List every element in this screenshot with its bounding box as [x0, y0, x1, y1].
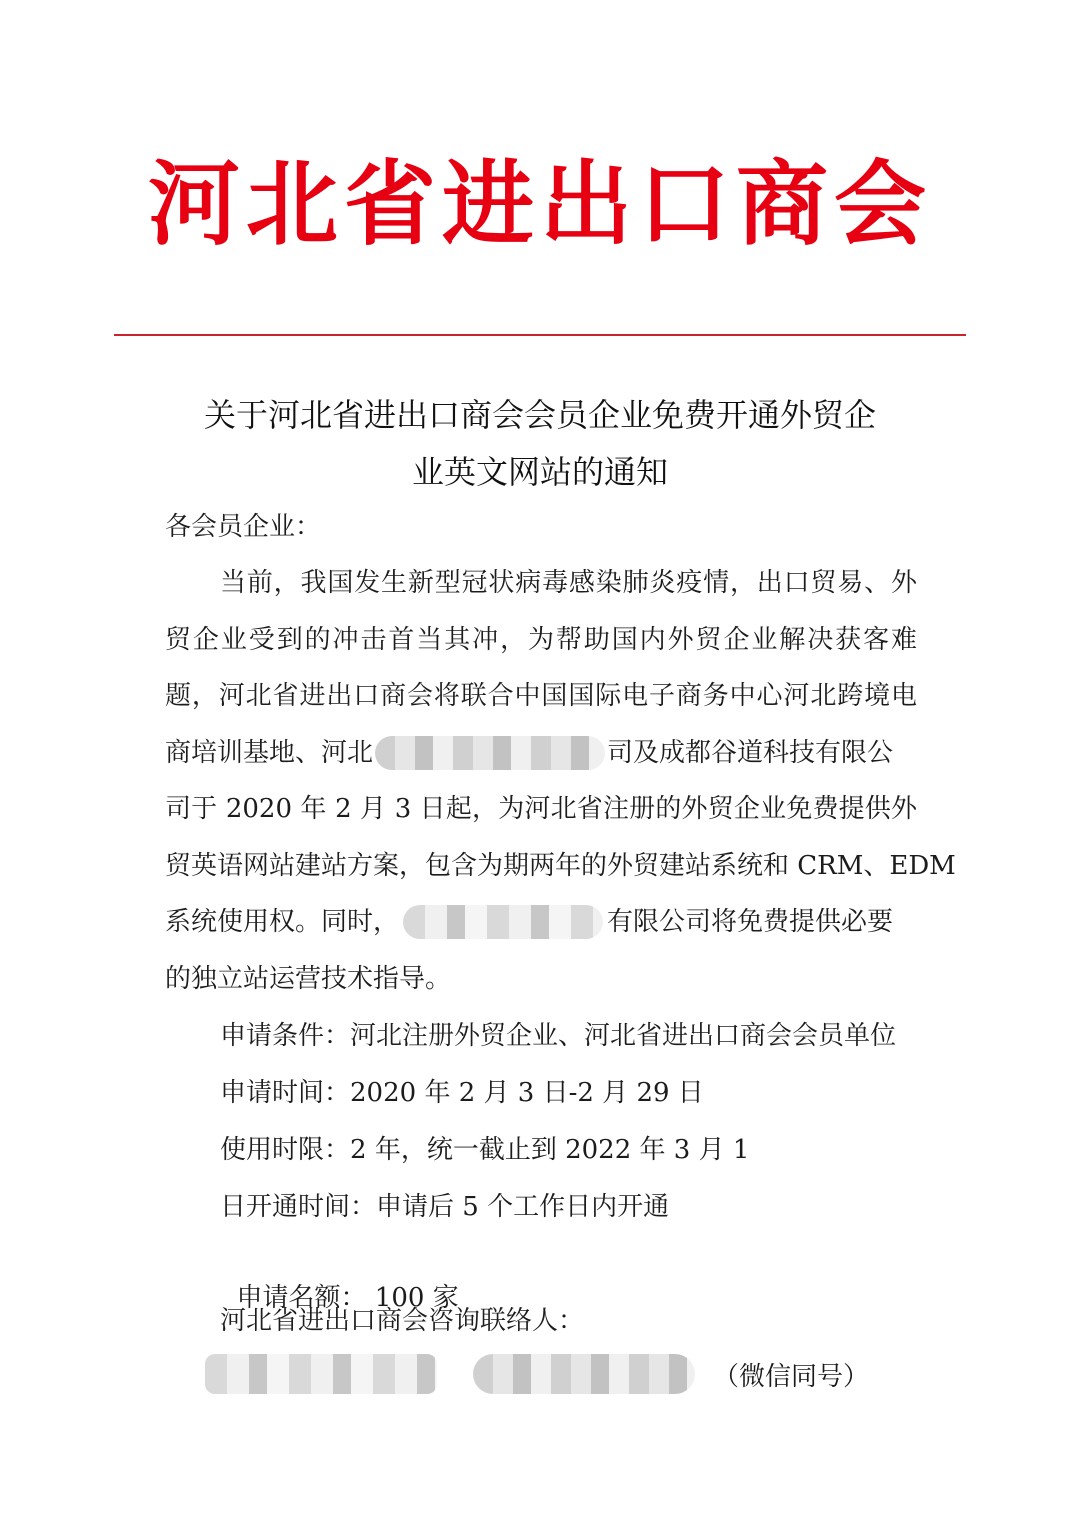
body-line: 贸企业受到的冲击首当其冲，为帮助国内外贸企业解决获客难 — [165, 623, 917, 657]
redacted-contact-name — [205, 1354, 437, 1394]
contact-row: （微信同号） — [205, 1352, 869, 1396]
body-text: 商培训基地、河北 — [165, 736, 373, 770]
masthead-divider — [114, 334, 966, 336]
redacted-company-name — [375, 736, 605, 770]
detail-value: 申请后 5 个工作日内开通 — [376, 1192, 669, 1222]
notice-title-line-1: 关于河北省进出口商会会员企业免费开通外贸企 — [150, 395, 930, 435]
detail-value: 2 年，统一截止到 2022 年 3 月 1 — [350, 1135, 749, 1165]
redacted-phone-number — [473, 1354, 695, 1394]
redacted-company-name — [403, 905, 603, 939]
body-line: 司于 2020 年 2 月 3 日起，为河北省注册的外贸企业免费提供外 — [165, 792, 917, 826]
body-line: 题，河北省进出口商会将联合中国国际电子商务中心河北跨境电 — [165, 679, 917, 713]
body-text: 系统使用权。同时， — [165, 905, 399, 939]
body-line: 的独立站运营技术指导。 — [165, 962, 917, 996]
detail-application-period: 申请时间：2020 年 2 月 3 日-2 月 29 日 — [220, 1076, 917, 1110]
detail-label: 日开通时间： — [220, 1192, 376, 1222]
body-line: 贸英语网站建站方案，包含为期两年的外贸建站系统和 CRM、EDM — [165, 849, 917, 883]
detail-value: 2020 年 2 月 3 日-2 月 29 日 — [350, 1078, 704, 1108]
detail-label: 申请条件： — [220, 1021, 350, 1051]
body-text: 有限公司将免费提供必要 — [607, 905, 893, 939]
body-line: 商培训基地、河北 司及成都谷道科技有限公 — [165, 736, 917, 770]
detail-label: 申请时间： — [220, 1078, 350, 1108]
notice-title-line-2: 业英文网站的通知 — [150, 452, 930, 492]
salutation: 各会员企业： — [165, 510, 917, 544]
detail-label: 使用时限： — [220, 1135, 350, 1165]
wechat-note: （微信同号） — [713, 1356, 869, 1393]
body-line: 当前，我国发生新型冠状病毒感染肺炎疫情，出口贸易、外 — [220, 566, 917, 600]
detail-value: 河北注册外贸企业、河北省进出口商会会员单位 — [350, 1021, 896, 1051]
detail-application-conditions: 申请条件：河北注册外贸企业、河北省进出口商会会员单位 — [220, 1019, 917, 1053]
body-text: 司及成都谷道科技有限公 — [607, 736, 893, 770]
contact-heading: 河北省进出口商会咨询联络人： — [220, 1304, 917, 1338]
detail-activation-time: 日开通时间：申请后 5 个工作日内开通 — [220, 1190, 917, 1224]
masthead-title: 河北省进出口商会 — [0, 150, 1080, 260]
body-line: 系统使用权。同时， 有限公司将免费提供必要 — [165, 905, 917, 939]
detail-usage-period: 使用时限：2 年，统一截止到 2022 年 3 月 1 — [220, 1133, 917, 1167]
